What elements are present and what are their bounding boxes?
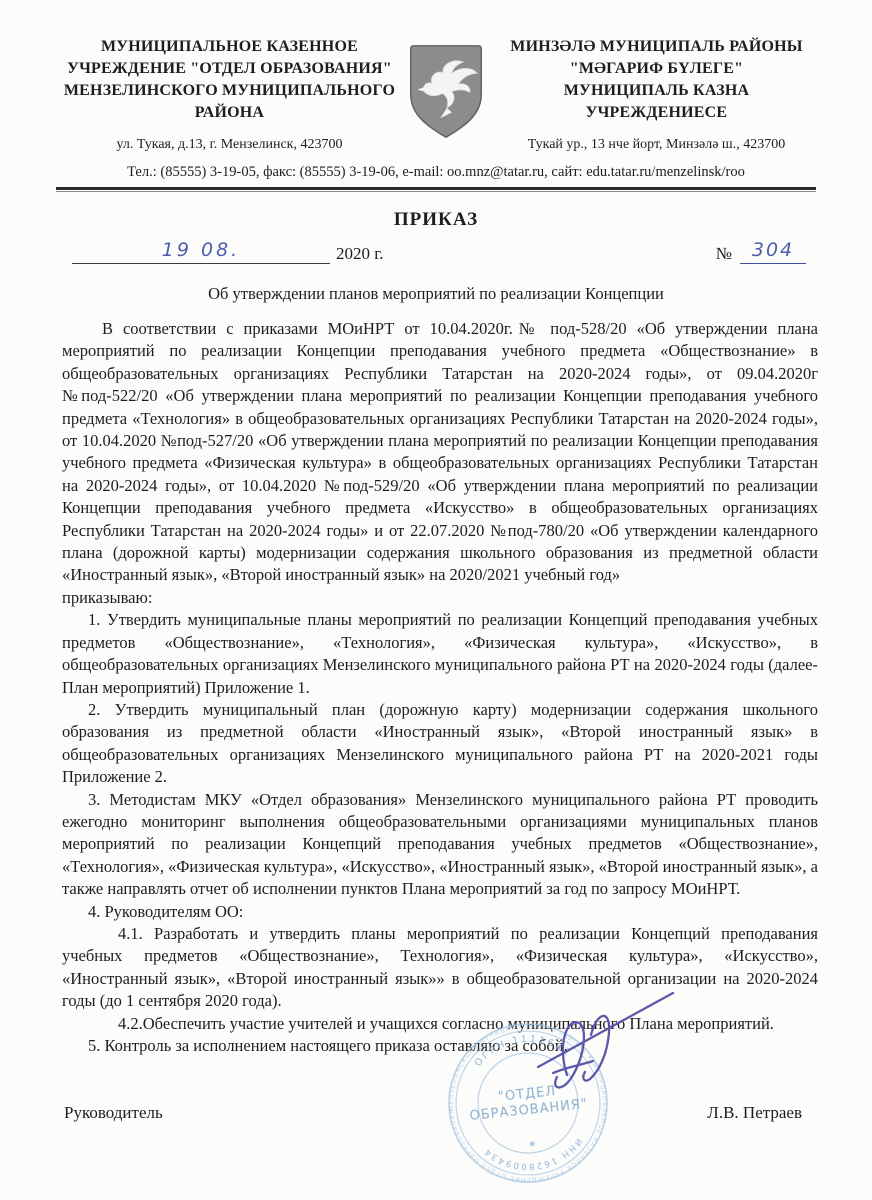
order-number: № 304	[716, 239, 806, 264]
date-year-typed: 2020 г.	[336, 244, 384, 264]
order-item-1: 1. Утвердить муниципальные планы меропри…	[62, 609, 818, 699]
resolution-word: приказываю:	[62, 587, 818, 609]
dove-shield-icon	[403, 42, 489, 142]
org-name-line: МИНЗӘЛӘ МУНИЦИПАЛЬ РАЙОНЫ	[489, 36, 824, 58]
org-name-line: УЧРЕЖДЕНИЕ "ОТДЕЛ ОБРАЗОВАНИЯ"	[56, 58, 403, 80]
handwritten-date: 19 08.	[162, 239, 240, 261]
order-title: ПРИКАЗ	[0, 209, 872, 231]
signer-name: Л.В. Петраев	[707, 1103, 802, 1123]
order-body: В соответствии с приказами МОиНРТ от 10.…	[62, 318, 818, 1057]
letterhead-divider	[56, 187, 816, 192]
org-name-line: МУНИЦИПАЛЬ КАЗНА	[489, 80, 824, 102]
org-address-russian: ул. Тукая, д.13, г. Мензелинск, 423700	[56, 136, 403, 154]
order-subject: Об утверждении планов мероприятий по реа…	[0, 284, 872, 304]
number-blank-line: 304	[740, 239, 806, 264]
handwritten-number: 304	[752, 239, 794, 261]
org-name-line: "МӘГАРИФ БҮЛЕГЕ"	[489, 58, 824, 80]
letterhead: МУНИЦИПАЛЬНОЕ КАЗЕННОЕ УЧРЕЖДЕНИЕ "ОТДЕЛ…	[0, 0, 872, 154]
org-name-line: МЕНЗЕЛИНСКОГО МУНИЦИПАЛЬНОГО	[56, 80, 403, 102]
date-blank-line: 19 08.	[72, 239, 330, 264]
handwritten-signature	[505, 975, 705, 1125]
org-name-line: РАЙОНА	[56, 102, 403, 124]
intro-paragraph: В соответствии с приказами МОиНРТ от 10.…	[62, 318, 818, 587]
org-name-russian: МУНИЦИПАЛЬНОЕ КАЗЕННОЕ УЧРЕЖДЕНИЕ "ОТДЕЛ…	[56, 36, 403, 154]
org-name-line: УЧРЕЖДЕНИЕСЕ	[489, 102, 824, 124]
order-item-3: 3. Методистам МКУ «Отдел образования» Ме…	[62, 789, 818, 901]
order-date: 19 08. 2020 г.	[72, 239, 384, 264]
contact-line: Тел.: (85555) 3-19-05, факс: (85555) 3-1…	[0, 164, 872, 181]
number-sign: №	[716, 244, 732, 264]
org-address-tatar: Тукай ур., 13 нче йорт, Минзәлә ш., 4237…	[489, 136, 824, 154]
org-name-tatar: МИНЗӘЛӘ МУНИЦИПАЛЬ РАЙОНЫ "МӘГАРИФ БҮЛЕГ…	[489, 36, 824, 154]
order-item-4: 4. Руководителям ОО:	[62, 901, 818, 923]
scanned-order-document: МУНИЦИПАЛЬНОЕ КАЗЕННОЕ УЧРЕЖДЕНИЕ "ОТДЕЛ…	[0, 0, 872, 1200]
signer-position: Руководитель	[64, 1103, 163, 1123]
order-item-2: 2. Утвердить муниципальный план (дорожну…	[62, 699, 818, 789]
org-name-line: МУНИЦИПАЛЬНОЕ КАЗЕННОЕ	[56, 36, 403, 58]
date-number-row: 19 08. 2020 г. № 304	[72, 239, 806, 264]
coat-of-arms-emblem	[403, 36, 489, 147]
